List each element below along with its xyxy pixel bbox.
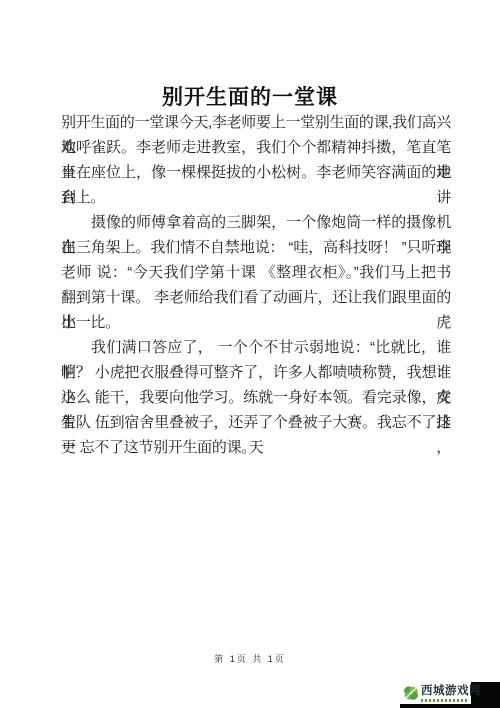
watermark-slogan-strip xyxy=(421,699,469,702)
text-line: 翻到第十课。 李老师给我们看了动画片，还让我们跟里面的小虎 xyxy=(61,285,451,310)
text-line: 啊？ 小虎把衣服叠得可整齐了，许多人都啧啧称赞，我想：小虎 xyxy=(61,360,451,385)
text-line: 坐在座位上，像一棵棵挺拔的小松树。李老师笑容满面的走到 讲 xyxy=(61,160,451,185)
text-line: 欢呼雀跃。李老师走进教室，我们个个都精神抖擞，笔直笔直 地 xyxy=(61,135,451,160)
site-logo-icon xyxy=(403,685,419,701)
text-line: 别开生面的一堂课今天,李老师要上一堂别生面的课,我们高兴 地 xyxy=(61,110,451,135)
text-line: 这么 能干，我要向他学习。练就一身好本领。看完录像，女生排 xyxy=(61,385,451,410)
page-number-footer: 第 1页 共 1页 xyxy=(0,653,500,665)
text-line: 着队 伍到宿舍里叠被子，还弄了个叠被子大赛。我忘不了这一天， xyxy=(61,410,451,435)
paragraph-2: 摄像的师傅拿着高的三脚架，一个像炮筒一样的摄像机出现 在三角架上。我们情不自禁地… xyxy=(61,210,451,335)
watermark-site-name: 西城游戏网 xyxy=(421,685,481,698)
document-body: 别开生面的一堂课今天,李老师要上一堂别生面的课,我们高兴 地 欢呼雀跃。李老师走… xyxy=(61,110,451,460)
text-line: 在三角架上。我们情不自禁地说： “哇，高科技呀！ ”只听李 xyxy=(61,235,451,260)
text-line: 老师 说：“今天我们学第十课 《整理衣柜》。”我们马上把书 xyxy=(61,260,451,285)
paragraph-3: 我们满口答应了， 一个个不甘示弱地说：“比就比，谁怕谁 啊？ 小虎把衣服叠得可整… xyxy=(61,335,451,460)
badge-text-column: 西城游戏网 xyxy=(421,685,481,702)
site-watermark-badge: 西城游戏网 xyxy=(400,682,471,704)
document-page: { "doc": { "title": "别开生面的一堂课", "paragra… xyxy=(0,0,500,708)
watermark-corner-block: 西城游戏网 xyxy=(400,682,500,708)
paragraph-1: 别开生面的一堂课今天,李老师要上一堂别生面的课,我们高兴 地 欢呼雀跃。李老师走… xyxy=(61,110,451,210)
text-line: 摄像的师傅拿着高的三脚架，一个像炮筒一样的摄像机出现 xyxy=(61,210,451,235)
text-line: 我们满口答应了， 一个个不甘示弱地说：“比就比，谁怕谁 xyxy=(61,335,451,360)
